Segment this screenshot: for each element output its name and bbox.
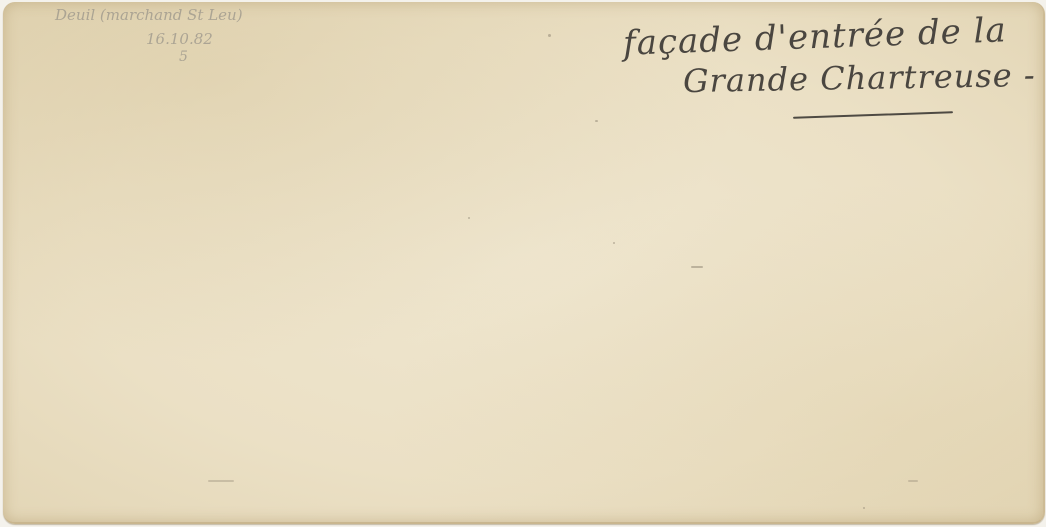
paper-speck (908, 480, 918, 482)
ink-caption-line1: façade d'entrée de la (623, 13, 1008, 60)
stereo-card-verso: Deuil (marchand St Leu) 16.10.82 5 façad… (3, 2, 1045, 524)
ink-caption-line2: Grande Chartreuse - (683, 59, 1036, 97)
pencil-note-line1: Deuil (marchand St Leu) (55, 8, 243, 23)
pencil-note-number: 5 (179, 50, 188, 64)
paper-speck (468, 217, 470, 219)
pencil-note-date: 16.10.82 (146, 32, 213, 47)
paper-speck (208, 480, 234, 482)
paper-speck (548, 34, 551, 37)
paper-speck (595, 120, 598, 122)
paper-speck (863, 507, 865, 509)
paper-speck (691, 266, 703, 268)
paper-speck (613, 242, 615, 244)
ink-underline (793, 111, 953, 119)
